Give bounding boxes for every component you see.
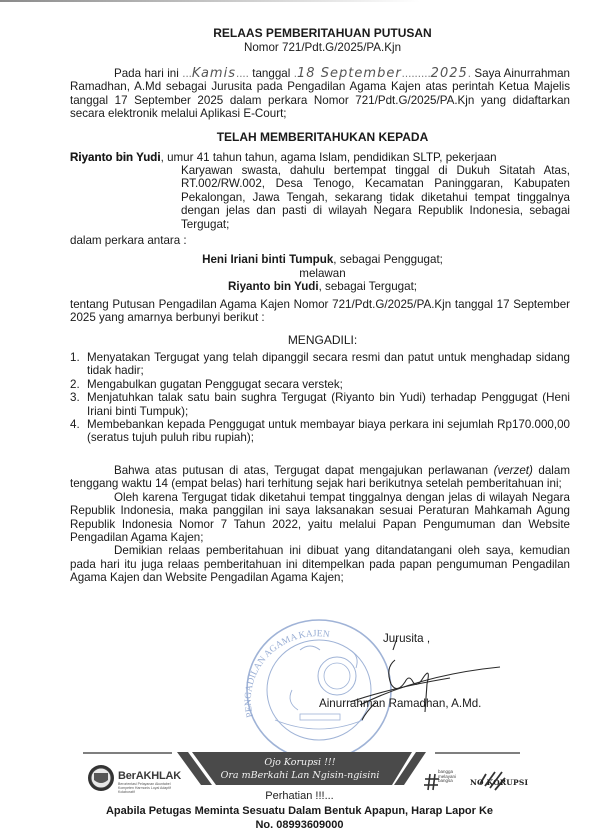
opening-prefix: Pada hari ini: [114, 67, 179, 80]
party-first-line: , umur 41 tahun tahun, agama Islam, pend…: [161, 151, 497, 164]
signer-name: Ainurrahman Ramadhan, A.Md.: [319, 697, 481, 710]
party-address: Karyawan swasta, dahulu bertempat tingga…: [181, 164, 570, 231]
penggugat-name: Heni Iriani binti Tumpuk: [202, 253, 333, 266]
case-number: Nomor 721/Pdt.G/2025/PA.Kjn: [70, 41, 575, 54]
amar-item: 1.Menyatakan Tergugat yang telah dipangg…: [70, 351, 570, 378]
court-seal-icon: [247, 620, 391, 760]
mahkamah-agung-logo-icon: [88, 765, 114, 791]
verzet-paragraph: Bahwa atas putusan di atas, Tergugat dap…: [70, 464, 570, 491]
tanggal-label: tanggal: [252, 67, 290, 80]
no-korupsi-logo: NO KORUPSI: [470, 778, 528, 787]
amar-text: Membebankan kepada Penggugat untuk memba…: [87, 418, 570, 444]
tergugat-line: Riyanto bin Yudi, sebagai Tergugat;: [70, 280, 575, 293]
party-text: Riyanto bin Yudi, umur 41 tahun tahun, a…: [70, 151, 570, 164]
penggugat-role: , sebagai Penggugat;: [333, 253, 443, 266]
berakhlak-logo: BerAKHLAK: [118, 770, 181, 782]
amar-item: 2.Mengabulkan gugatan Penggugat secara v…: [70, 378, 570, 391]
opening-paragraph: Pada hari ini ...Kamis.... tanggal .18 S…: [70, 67, 570, 121]
bangga-melayani-logo: bangga melayani bangsa: [438, 770, 456, 784]
seal-text: PENGADILAN AGAMA KAJEN: [244, 629, 331, 718]
tentang-putusan: tentang Putusan Pengadilan Agama Kajen N…: [70, 298, 570, 325]
banner-slogan-2: Ora mBerkahi Lan Ngisin-ngisini: [180, 770, 420, 781]
party-name-inline: Riyanto bin Yudi: [70, 151, 161, 164]
oleh-karena-paragraph: Oleh karena Tergugat tidak diketahui tem…: [70, 491, 570, 545]
report-phone-number: No. 08993609000: [0, 819, 599, 831]
handwritten-date: 18 September: [297, 66, 402, 81]
verzet-term: (verzet): [494, 464, 533, 477]
verzet-text: Bahwa atas putusan di atas, Tergugat dap…: [114, 464, 494, 477]
melawan-label: melawan: [70, 267, 575, 280]
penggugat-line: Heni Iriani binti Tumpuk, sebagai Penggu…: [70, 253, 575, 266]
lapor-notice: Apabila Petugas Meminta Sesuatu Dalam Be…: [0, 805, 599, 817]
closing-paragraphs: Bahwa atas putusan di atas, Tergugat dap…: [70, 464, 570, 585]
amar-number: 1.: [70, 351, 80, 364]
hashtag-icon: [424, 774, 439, 790]
amar-number: 4.: [70, 418, 80, 431]
mengadili-heading: MENGADILI:: [70, 334, 575, 347]
bangsa-word: bangsa: [438, 779, 456, 784]
document-title: RELAAS PEMBERITAHUAN PUTUSAN: [70, 27, 575, 40]
amar-list: 1.Menyatakan Tergugat yang telah dipangg…: [70, 351, 570, 445]
amar-text: Menyatakan Tergugat yang telah dipanggil…: [87, 351, 570, 377]
amar-number: 3.: [70, 391, 80, 404]
section-subtitle: TELAH MEMBERITAHUKAN KEPADA: [70, 131, 575, 144]
handwritten-year: 2025: [431, 66, 468, 81]
signer-role: Jurusita ,: [383, 632, 430, 645]
amar-text: Menjatuhkan talak satu bain sughra Tergu…: [87, 391, 570, 417]
demikian-paragraph: Demikian relaas pemberitahuan ini dibuat…: [70, 544, 570, 584]
opening-suffix: Saya: [474, 67, 500, 80]
scan-edge: [0, 0, 420, 2]
perhatian-label: Perhatian !!!...: [0, 790, 599, 802]
amar-text: Mengabulkan gugatan Penggugat secara ver…: [87, 378, 343, 391]
amar-number: 2.: [70, 378, 80, 391]
handwritten-day: Kamis: [192, 66, 236, 81]
tergugat-role: , sebagai Tergugat;: [319, 280, 417, 293]
amar-item: 4.Membebankan kepada Penggugat untuk mem…: [70, 418, 570, 445]
banner-slogan-1: Ojo Korupsi !!!: [180, 757, 420, 768]
tergugat-name: Riyanto bin Yudi: [228, 280, 319, 293]
perkara-antara: dalam perkara antara :: [70, 234, 187, 247]
amar-item: 3.Menjatuhkan talak satu bain sughra Ter…: [70, 391, 570, 418]
